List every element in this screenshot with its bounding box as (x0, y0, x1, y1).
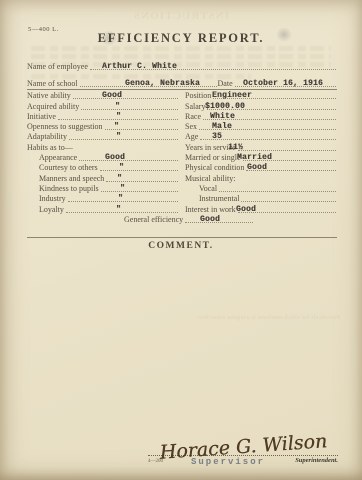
school-and-date-row: Name of school Genoa, Nebraska Date Octo… (27, 73, 337, 89)
date-value: October 16, 1916 (243, 79, 323, 88)
ditto-mark: " (117, 174, 122, 183)
bleed-through-line (31, 46, 331, 51)
field-label: Initiative (27, 113, 56, 122)
field-adaptability: Adaptability " (27, 132, 179, 142)
field-sex: Sex Male (185, 122, 337, 132)
field-appearance: Appearance Good (27, 153, 179, 163)
field-label: Industry (27, 195, 66, 204)
field-value: Married (237, 153, 272, 162)
field-years-in-service: Years in service 11½ (185, 142, 337, 152)
dotted-leader (73, 98, 178, 99)
field-label: Openness to suggestion (27, 123, 103, 132)
ditto-mark: " (119, 163, 124, 172)
page-title: EFFICIENCY REPORT. (0, 31, 362, 46)
comment-heading: COMMENT. (0, 241, 362, 251)
ratings-right-column: Position Engineer Salary $1000.00 Race W… (185, 91, 337, 215)
field-label: Manners and speech (27, 175, 104, 184)
bleed-through-instructions-text: INSTRUCTIONS (0, 10, 362, 22)
field-manners-and-speech: Manners and speech " (27, 173, 179, 183)
field-courtesy-to-others: Courtesy to others " (27, 163, 179, 173)
field-acquired-ability: Acquired ability " (27, 101, 179, 111)
bleed-through-periodicals-text: Periodicals for which employee is a regu… (110, 314, 340, 321)
ratings-left-column: Native ability Good Acquired ability " I… (27, 91, 179, 215)
section-label: Musical ability: (185, 175, 235, 184)
field-value: Good (105, 153, 125, 162)
dotted-leader (241, 201, 336, 202)
ditto-mark: " (114, 122, 119, 131)
field-race: Race White (185, 112, 337, 122)
field-label: Salary (185, 103, 205, 112)
field-label: Native ability (27, 92, 71, 101)
field-openness-to-suggestion: Openness to suggestion " (27, 122, 179, 132)
section-label: Habits as to— (27, 144, 73, 153)
field-value: $1000.00 (205, 102, 245, 111)
field-physical-condition: Physical condition Good (185, 163, 337, 173)
horizontal-rule (27, 89, 337, 90)
field-native-ability: Native ability Good (27, 91, 179, 101)
field-value: 11½ (228, 143, 243, 152)
field-value: Good (200, 215, 220, 224)
field-vocal: Vocal (185, 184, 337, 194)
dotted-leader (219, 191, 336, 192)
ditto-mark: " (120, 184, 125, 193)
efficiency-report-document: INSTRUCTIONS Periodicals for which emplo… (0, 0, 362, 480)
field-age: Age 35 (185, 132, 337, 142)
field-married-or-single: Married or single Married (185, 153, 337, 163)
field-label: Vocal (185, 185, 217, 194)
field-interest-in-work: Interest in work Good (185, 204, 337, 214)
field-industry: Industry " (27, 194, 179, 204)
field-value: Male (212, 122, 232, 131)
employee-name-value: Arthur C. White (102, 62, 177, 71)
ditto-mark: " (116, 112, 121, 121)
field-label: Kindness to pupils (27, 185, 99, 194)
field-label: Age (185, 133, 198, 142)
field-general-efficiency: General efficiency Good (124, 215, 254, 225)
dotted-leader (69, 139, 178, 140)
dotted-leader (81, 109, 178, 110)
field-label: Married or single (185, 154, 241, 163)
dotted-leader (66, 212, 178, 213)
ratings-section: Native ability Good Acquired ability " I… (27, 91, 337, 215)
field-label: General efficiency (124, 216, 183, 225)
field-label: Interest in work (185, 206, 236, 215)
field-label: Loyalty (27, 206, 64, 215)
field-label: Position (185, 92, 211, 101)
field-label: Sex (185, 123, 197, 132)
ditto-mark: " (115, 102, 120, 111)
field-loyalty: Loyalty " (27, 204, 179, 214)
dotted-leader (100, 170, 178, 171)
field-position: Position Engineer (185, 91, 337, 101)
typed-role-supervisor: Supervisor (191, 457, 265, 467)
horizontal-rule (27, 237, 337, 238)
section-habits-as-to: Habits as to— (27, 142, 179, 152)
school-name-label: Name of school (27, 80, 78, 89)
field-initiative: Initiative " (27, 112, 179, 122)
printed-role-superintendent: Superintendent. (295, 457, 338, 464)
field-kindness-to-pupils: Kindness to pupils " (27, 184, 179, 194)
field-label: Acquired ability (27, 103, 79, 112)
field-salary: Salary $1000.00 (185, 101, 337, 111)
dotted-leader (101, 191, 178, 192)
ditto-mark: " (116, 132, 121, 141)
field-label: Race (185, 113, 201, 122)
field-value: Good (236, 205, 256, 214)
field-value: Good (247, 163, 267, 172)
field-label: Instrumental (185, 195, 239, 204)
ditto-mark: " (116, 205, 121, 214)
field-label: Courtesy to others (27, 164, 98, 173)
section-musical-ability: Musical ability: (185, 173, 337, 183)
field-value: White (210, 112, 235, 121)
field-value: 35 (212, 132, 222, 141)
field-label: Physical condition (185, 164, 244, 173)
signature-block: Horace G. Wilson 4—200 Supervisor Superi… (148, 424, 338, 467)
employee-name-row: Name of employee Arthur C. White (27, 56, 337, 72)
field-value: Engineer (212, 91, 252, 100)
ditto-mark: " (118, 194, 123, 203)
field-instrumental: Instrumental (185, 194, 337, 204)
field-value: Good (102, 91, 122, 100)
school-name-value: Genoa, Nebraska (125, 79, 200, 88)
employee-name-label: Name of employee (27, 63, 88, 72)
field-label: Adaptability (27, 133, 67, 142)
dotted-leader (238, 150, 336, 151)
date-label: Date (218, 80, 233, 89)
dotted-leader (79, 160, 178, 161)
field-label: Appearance (27, 154, 77, 163)
